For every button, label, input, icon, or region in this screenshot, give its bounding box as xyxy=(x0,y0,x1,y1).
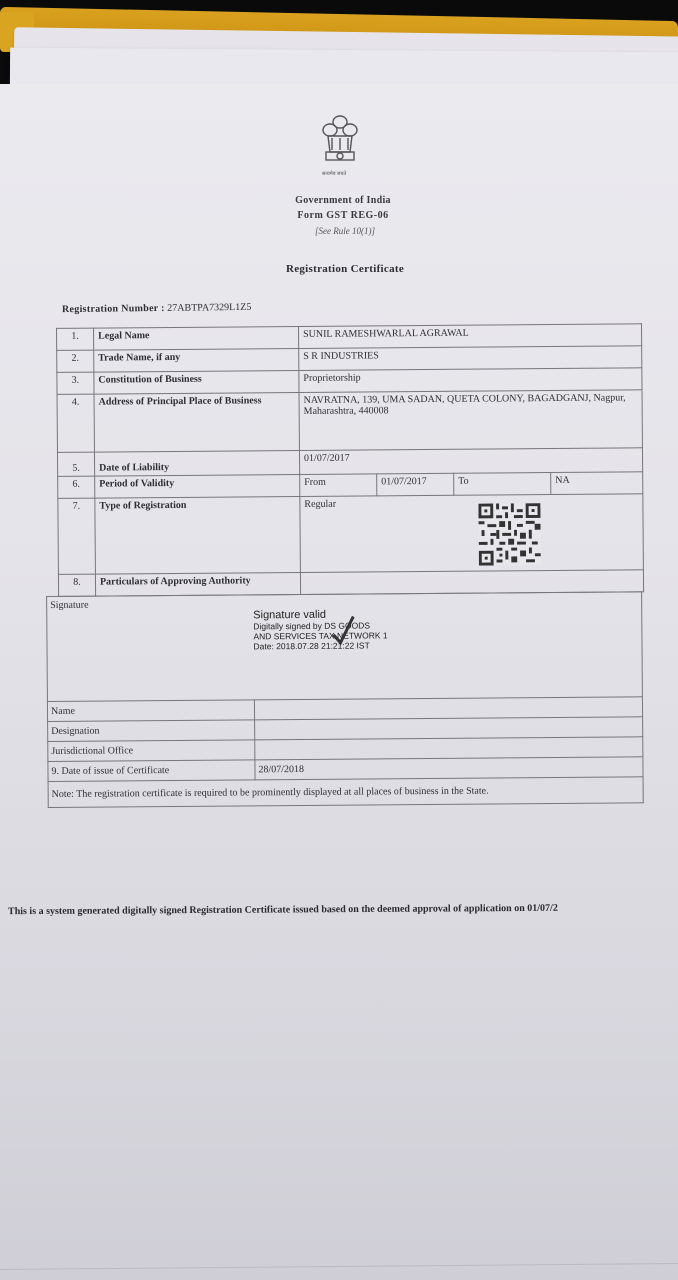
row-number: 2. xyxy=(57,350,94,372)
validity-to-value: NA xyxy=(551,472,643,495)
approving-authority-label: Particulars of Approving Authority xyxy=(95,572,300,596)
period-of-validity-label: Period of Validity xyxy=(95,474,300,498)
certificate-table: 1. Legal Name SUNIL RAMESHWARLAL AGRAWAL… xyxy=(44,323,652,808)
table-row: Note: The registration certificate is re… xyxy=(48,777,643,808)
registration-number-label: Registration Number : xyxy=(62,303,165,315)
certificate-title: Registration Certificate xyxy=(6,263,678,275)
constitution-value: Proprietorship xyxy=(299,368,642,393)
row-number: 5. xyxy=(57,452,94,476)
trade-name-label: Trade Name, if any xyxy=(94,349,299,373)
government-heading: Government of India xyxy=(4,195,678,206)
row-number: 8. xyxy=(58,574,95,596)
signature-cell: Signature Signature valid Digitally sign… xyxy=(47,592,643,702)
national-emblem-icon xyxy=(318,112,362,174)
digital-signature: Signature valid Digitally signed by DS G… xyxy=(253,608,387,651)
row-number: 1. xyxy=(57,328,94,350)
registration-number: Registration Number : 27ABTPA7329L1Z5 xyxy=(62,302,251,315)
registration-type-label: Type of Registration xyxy=(95,496,301,574)
row-number: 7. xyxy=(58,498,96,574)
registration-type-cell: Regular xyxy=(300,494,644,573)
registration-number-value: 27ABTPA7329L1Z5 xyxy=(167,302,251,314)
signature-label: Signature xyxy=(50,600,88,611)
jurisdictional-office-label: Jurisdictional Office xyxy=(48,740,255,762)
table-row: 4. Address of Principal Place of Busines… xyxy=(57,390,642,453)
checkmark-icon xyxy=(331,613,355,647)
qr-code-icon xyxy=(478,503,540,565)
legal-name-label: Legal Name xyxy=(94,327,299,351)
date-of-liability-value: 01/07/2017 xyxy=(299,448,642,475)
issue-date-label: 9. Date of issue of Certificate xyxy=(48,760,255,782)
display-note: Note: The registration certificate is re… xyxy=(48,777,643,808)
name-label: Name xyxy=(47,700,254,722)
approving-authority-table: Signature Signature valid Digitally sign… xyxy=(46,591,644,808)
row-number: 3. xyxy=(57,372,94,394)
rule-reference: [See Rule 10(1)] xyxy=(6,226,678,236)
designation-label: Designation xyxy=(48,720,255,742)
signature-row: Signature Signature valid Digitally sign… xyxy=(47,592,643,702)
row-number: 4. xyxy=(57,394,94,452)
address-label: Address of Principal Place of Business xyxy=(94,392,299,452)
validity-from-label: From xyxy=(300,474,377,497)
signed-date: Date: 2018.07.28 21:21:22 IST xyxy=(253,640,387,651)
address-value: NAVRATNA, 139, UMA SADAN, QUETA COLONY, … xyxy=(299,390,642,451)
validity-to-label: To xyxy=(454,473,551,496)
validity-from-value: 01/07/2017 xyxy=(377,473,454,496)
form-heading: Form GST REG-06 xyxy=(4,210,678,221)
legal-name-value: SUNIL RAMESHWARLAL AGRAWAL xyxy=(298,324,641,349)
signature-status: Signature valid xyxy=(253,608,387,621)
table-row: 7. Type of Registration Regular xyxy=(58,494,644,575)
trade-name-value: S R INDUSTRIES xyxy=(299,346,642,371)
row-number: 6. xyxy=(58,476,95,498)
date-of-liability-label: Date of Liability xyxy=(94,450,299,476)
registration-type-value: Regular xyxy=(304,499,336,510)
constitution-label: Constitution of Business xyxy=(94,370,299,394)
emblem-motto: सत्यमेव जयते xyxy=(322,171,346,177)
